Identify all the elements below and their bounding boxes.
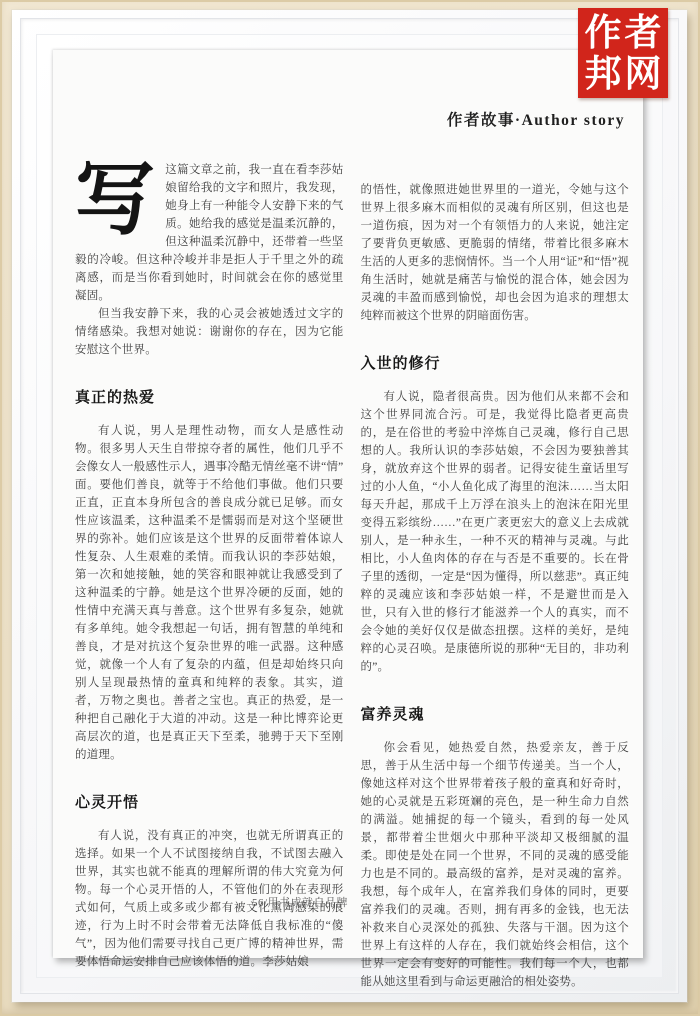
logo-text-row1: 作者 xyxy=(585,12,665,53)
intro-paragraph-2: 但当我安静下来，我的心灵会被她透过文字的情绪感染。我想对她说：谢谢你的存在，因为… xyxy=(75,305,344,359)
page-header-title: 作者故事·Author story xyxy=(75,50,629,130)
article-columns: 写这篇文章之前，我一直在看李莎姑娘留给我的文字和照片，我发现，她身上有一种能令人… xyxy=(75,161,629,991)
page-number-footer: 56/用书成就自品牌 xyxy=(5,894,595,910)
section-paragraph-true-passion: 有人说，男人是理性动物，而女人是感性动物。很多男人天生自带掠夺者的属性，他们几乎… xyxy=(75,422,344,764)
left-column: 写这篇文章之前，我一直在看李莎姑娘留给我的文字和照片，我发现，她身上有一种能令人… xyxy=(75,161,344,991)
dropcap-character: 写 xyxy=(75,167,155,235)
magazine-page: 作者故事·Author story 写这篇文章之前，我一直在看李莎姑娘留给我的文… xyxy=(53,50,643,958)
right-column: 的悟性，就像照进她世界里的一道光，令她与这个世界上很多麻木而相似的灵魂有所区别，… xyxy=(361,161,630,991)
section-heading-mind-awakening: 心灵开悟 xyxy=(75,791,344,812)
section-heading-true-passion: 真正的热爱 xyxy=(75,386,344,407)
section-paragraph-nourish-soul: 你会看见，她热爱自然，热爱亲友，善于反思，善于从生活中每一个细节传递美。当一个人… xyxy=(361,739,630,991)
section-heading-nourish-soul: 富养灵魂 xyxy=(361,703,630,724)
continuation-paragraph: 的悟性，就像照进她世界里的一道光，令她与这个世界上很多麻木而相似的灵魂有所区别，… xyxy=(361,181,630,325)
section-paragraph-worldly-practice: 有人说，隐者很高贵。因为他们从来都不会和这个世界同流合污。可是，我觉得比隐者更高… xyxy=(361,388,630,676)
zuozhebang-logo-stamp: 作者 邦网 xyxy=(578,8,668,98)
logo-text-row2: 邦网 xyxy=(585,53,665,94)
section-heading-worldly-practice: 入世的修行 xyxy=(361,352,630,373)
intro-paragraph-1: 写这篇文章之前，我一直在看李莎姑娘留给我的文字和照片，我发现，她身上有一种能令人… xyxy=(75,161,344,305)
